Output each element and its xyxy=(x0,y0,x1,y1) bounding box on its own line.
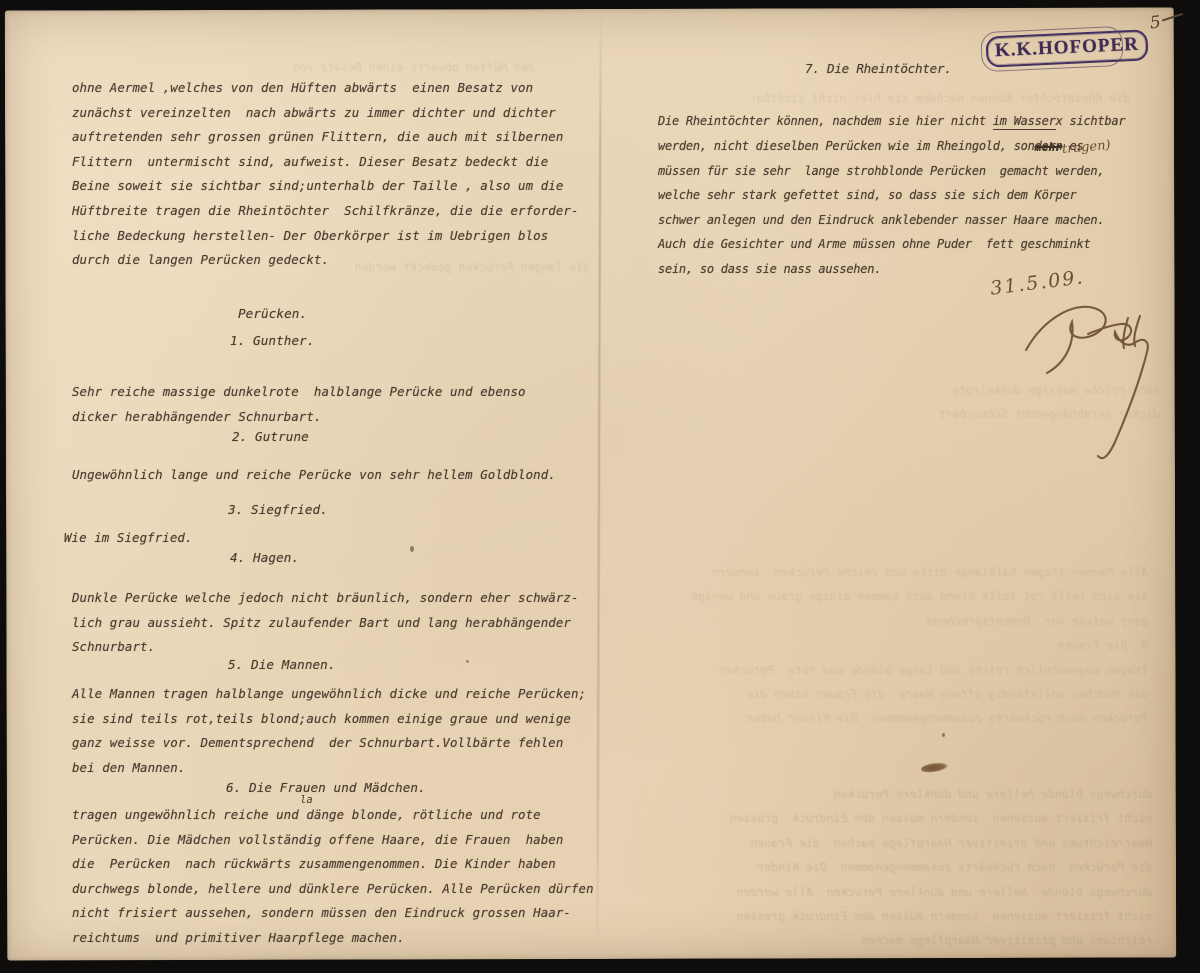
text-line: Alle Mannen tragen halblange ungewöhnlic… xyxy=(72,682,612,707)
scanned-document-page: den Hüften abwärts einen Besatz von die … xyxy=(0,0,1200,973)
section-title-hagen: 4. Hagen. xyxy=(230,550,299,565)
text-line: Hüftbreite tragen die Rheintöchter Schil… xyxy=(72,199,602,224)
text-line: bei den Mannen. xyxy=(72,756,612,781)
section-title-gunther: 1. Gunther. xyxy=(230,333,315,348)
text-line: Sehr reiche massige dunkelrote halblange… xyxy=(72,380,602,405)
section-title-siegfried: 3. Siegfried. xyxy=(228,502,328,517)
text-line: liche Bedeckung herstellen- Der Oberkörp… xyxy=(72,224,602,249)
text-line: durchwegs blonde hellere und dünklere Pe… xyxy=(662,880,1152,904)
text-line: tragen ungewöhnlich reiche und lange blo… xyxy=(662,658,1148,682)
text-line: die Perücken nach rückwärts zusammengeno… xyxy=(662,855,1152,879)
text-line: die Mädchen vollständig offene Haare die… xyxy=(662,682,1148,706)
text-line: reichtums und primitiver Haarpflege mach… xyxy=(662,928,1152,952)
text-line: Alle Mannen tragen halblange dicke und r… xyxy=(662,560,1148,584)
roller-signature xyxy=(1016,292,1166,467)
text-line: Beine soweit sie sichtbar sind;unterhalb… xyxy=(72,174,602,199)
text-line: Wie im Siegfried. xyxy=(64,526,594,551)
section-body-siegfried: Wie im Siegfried. xyxy=(64,526,594,551)
section-title-frauen-maedchen: 6. Die Frauen und Mädchen. xyxy=(226,780,426,795)
text-line: durch die langen Perücken gedeckt. xyxy=(72,248,602,273)
text-line: auftretenden sehr grossen grünen Flitter… xyxy=(72,125,602,150)
ink-speck xyxy=(466,660,469,663)
text-line: durchwegs blonde hellere und dünklere Pe… xyxy=(662,782,1152,806)
text-line: ganz weisse vor. Dementsprechend xyxy=(662,609,1148,633)
text-line: nicht frisiert aussehen sondern müssen d… xyxy=(662,806,1152,830)
ink-speck xyxy=(942,733,945,737)
text-line: Flittern untermischt sind, aufweist. Die… xyxy=(72,150,602,175)
heading-peruecken: Perücken. xyxy=(238,306,307,321)
text-line: werden, nicht dieselben Perücken wie im … xyxy=(658,134,1158,159)
ink-speck xyxy=(410,546,414,552)
bleed-through-text: durchwegs blonde hellere und dünklere Pe… xyxy=(662,782,1152,953)
page-number: 5 xyxy=(1149,12,1162,33)
text-line: lich grau aussieht. Spitz zulaufender Ba… xyxy=(72,611,612,636)
section-title-mannen: 5. Die Mannen. xyxy=(228,657,336,672)
section-body-gunther: Sehr reiche massige dunkelrote halblange… xyxy=(72,380,602,429)
text-line: Perücken. Die Mädchen vollständig offene… xyxy=(72,828,617,853)
text-line: reichtums und primitiver Haarpflege mach… xyxy=(72,926,617,951)
section-body-hagen: Dunkle Perücke welche jedoch nicht bräun… xyxy=(72,586,612,660)
text-line: Schnurbart. xyxy=(72,635,612,660)
text-line: ganz weisse vor. Dementsprechend der Sch… xyxy=(72,731,612,756)
text-line: tragen ungewöhnlich reiche und dänge blo… xyxy=(72,803,617,828)
text-line: schwer anlegen und den Eindruck ankleben… xyxy=(658,208,1158,233)
text-line: welche sehr stark gefettet sind, so dass… xyxy=(658,183,1158,208)
section-body-gutrune: Ungewöhnlich lange und reiche Perücke vo… xyxy=(72,463,602,488)
paragraph-rheintoechter-rest: werden, nicht dieselben Perücken wie im … xyxy=(658,134,1158,282)
text-line: dicker herabhängender Schnurbart. xyxy=(72,405,602,430)
text-line: zunächst vereinzelten nach abwärts zu im… xyxy=(72,101,602,126)
text-line: sie sind teils rot teils blond auch komm… xyxy=(662,584,1148,608)
text-line: Haarreichtums und primitiver Haarpflege … xyxy=(662,831,1152,855)
section-body-frauen-maedchen: tragen ungewöhnlich reiche und dänge blo… xyxy=(72,803,617,951)
text-line: die Perücken nach rückwärts zusammengeno… xyxy=(72,852,617,877)
text-line: Auch die Gesichter und Arme müssen ohne … xyxy=(658,232,1158,257)
text-line: sie sind teils rot,teils blond;auch komm… xyxy=(72,707,612,732)
line1-pre: Die Rheintöchter können, nachdem sie hie… xyxy=(658,114,993,128)
section-body-mannen: Alle Mannen tragen halblange ungewöhnlic… xyxy=(72,682,612,780)
section-title-gutrune: 2. Gutrune xyxy=(232,429,309,444)
text-line: nicht frisiert aussehen, sondern müssen … xyxy=(72,901,617,926)
text-line: Dunkle Perücke welche jedoch nicht bräun… xyxy=(72,586,612,611)
text-line: Perücken nach rückwärts zusammengenommen… xyxy=(662,706,1148,730)
bleed-through-text: Alle Mannen tragen halblange dicke und r… xyxy=(662,560,1148,731)
bleed-through-text: die Rheintöchter können nachdem sie hier… xyxy=(680,86,1130,110)
signature-name: Roller xyxy=(0,0,1,1)
text-line: ohne Aermel ,welches von den Hüften abwä… xyxy=(72,76,602,101)
text-line: nicht frisiert aussehen sondern müssen d… xyxy=(662,904,1152,928)
text-line: 6. Die Frauen xyxy=(662,633,1148,657)
text-line: Ungewöhnlich lange und reiche Perücke vo… xyxy=(72,463,602,488)
paragraph-rheintoechter-costume: ohne Aermel ,welches von den Hüften abwä… xyxy=(72,76,602,273)
text-line: müssen für sie sehr lange strohblonde Pe… xyxy=(658,159,1158,184)
text-line: die Rheintöchter können nachdem sie hier… xyxy=(680,86,1130,110)
text-line: durchwegs blonde, hellere und dünklere P… xyxy=(72,877,617,902)
heading-rheintoechter: 7. Die Rheintöchter. xyxy=(805,61,952,76)
